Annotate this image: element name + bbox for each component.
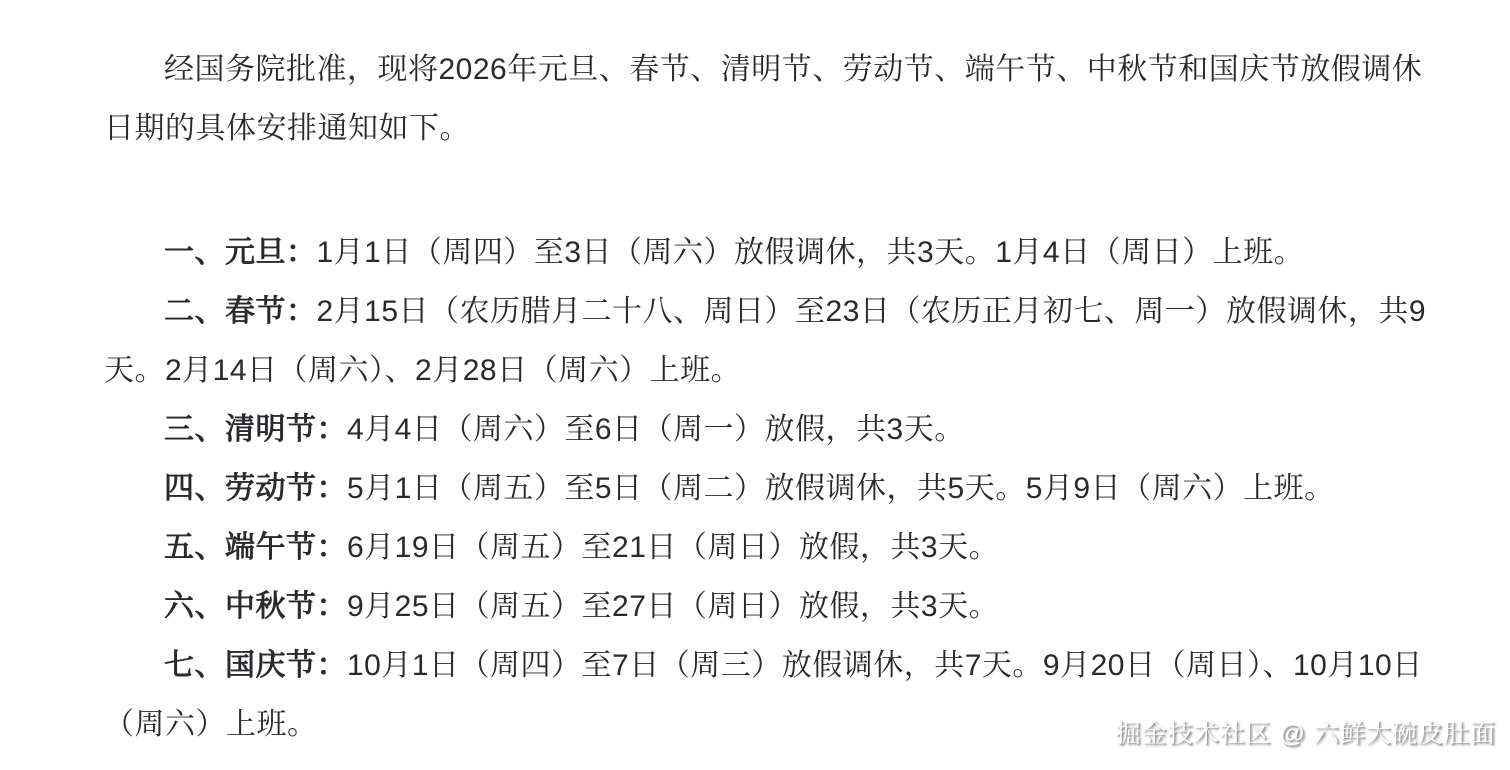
holiday-item-label: 五、端午节： xyxy=(164,531,347,564)
holiday-item-qingming: 三、清明节：4月4日（周六）至6日（周一）放假，共3天。 xyxy=(104,400,1432,459)
holiday-item-label: 四、劳动节： xyxy=(164,472,347,505)
intro-paragraph: 经国务院批准，现将2026年元旦、春节、清明节、劳动节、端午节、中秋节和国庆节放… xyxy=(104,40,1432,158)
holiday-item-text: 5月1日（周五）至5日（周二）放假调休，共5天。5月9日（周六）上班。 xyxy=(347,472,1335,505)
holiday-item-label: 一、元旦： xyxy=(164,236,317,269)
holiday-item-label: 二、春节： xyxy=(164,295,317,328)
watermark: 掘金技术社区 @ 六鲜大碗皮肚面 xyxy=(1116,714,1496,750)
holiday-item-label: 六、中秋节： xyxy=(164,590,347,623)
holiday-item-label: 三、清明节： xyxy=(164,413,347,446)
holiday-item-dragon-boat: 五、端午节：6月19日（周五）至21日（周日）放假，共3天。 xyxy=(104,518,1432,577)
page: { "document": { "intro": "经国务院批准，现将2026年… xyxy=(0,0,1510,770)
holiday-item-mid-autumn: 六、中秋节：9月25日（周五）至27日（周日）放假，共3天。 xyxy=(104,577,1432,636)
holiday-notice-document: 经国务院批准，现将2026年元旦、春节、清明节、劳动节、端午节、中秋节和国庆节放… xyxy=(0,0,1510,754)
holiday-item-text: 1月1日（周四）至3日（周六）放假调休，共3天。1月4日（周日）上班。 xyxy=(317,236,1305,269)
holiday-item-text: 6月19日（周五）至21日（周日）放假，共3天。 xyxy=(347,531,999,564)
holiday-item-text: 9月25日（周五）至27日（周日）放假，共3天。 xyxy=(347,590,999,623)
holiday-item-labor-day: 四、劳动节：5月1日（周五）至5日（周二）放假调休，共5天。5月9日（周六）上班… xyxy=(104,459,1432,518)
holiday-item-new-year: 一、元旦：1月1日（周四）至3日（周六）放假调休，共3天。1月4日（周日）上班。 xyxy=(104,223,1432,282)
holiday-item-text: 4月4日（周六）至6日（周一）放假，共3天。 xyxy=(347,413,965,446)
paragraph-gap xyxy=(104,158,1432,223)
holiday-item-label: 七、国庆节： xyxy=(164,649,347,682)
holiday-item-spring-festival: 二、春节：2月15日（农历腊月二十八、周日）至23日（农历正月初七、周一）放假调… xyxy=(104,282,1432,400)
